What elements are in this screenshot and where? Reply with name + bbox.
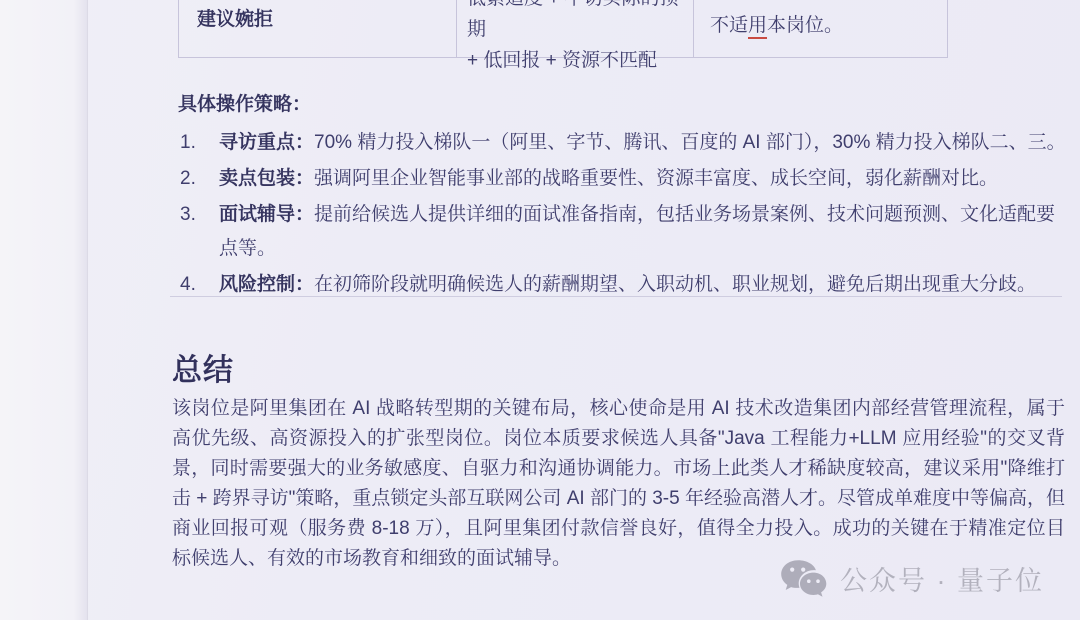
list-item-text: 在初筛阶段就明确候选人的薪酬期望、入职动机、职业规划，避免后期出现重大分歧。 <box>314 274 1036 295</box>
table-cell-conclusion: 不适用本岗位。 <box>694 0 947 57</box>
list-item-text: 提前给候选人提供详细的面试准备指南，包括业务场景案例、技术问题预测、文化适配要点… <box>219 204 1055 259</box>
list-item: 3.面试辅导：提前给候选人提供详细的面试准备指南，包括业务场景案例、技术问题预测… <box>172 198 1067 266</box>
conclusion-text: 不适 <box>710 15 748 36</box>
list-item-label: 面试辅导： <box>219 204 314 225</box>
decision-table: 建议婉拒 低紧迫度 + 不切实际的预期 + 低回报 + 资源不匹配 不适用本岗位… <box>178 0 948 58</box>
strategy-heading: 具体操作策略： <box>178 89 311 116</box>
table-cell-reasons: 低紧迫度 + 不切实际的预期 + 低回报 + 资源不匹配 <box>457 0 694 57</box>
spellcheck-underlined-char: 用 <box>748 15 767 39</box>
watermark-text: 公众号 · 量子位 <box>840 559 1044 598</box>
recommendation-label: 建议婉拒 <box>197 9 273 30</box>
list-item-text: 强调阿里企业智能事业部的战略重要性、资源丰富度、成长空间，弱化薪酬对比。 <box>314 168 998 189</box>
list-item-number: 1. <box>180 126 196 160</box>
list-item-label: 寻访重点： <box>219 132 314 153</box>
list-item-text: 70% 精力投入梯队一（阿里、字节、腾讯、百度的 AI 部门），30% 精力投入… <box>314 132 1066 153</box>
list-item: 2.卖点包装：强调阿里企业智能事业部的战略重要性、资源丰富度、成长空间，弱化薪酬… <box>172 162 1067 196</box>
reason-line-2: + 低回报 + 资源不匹配 <box>467 45 693 76</box>
strategy-list: 1.寻访重点：70% 精力投入梯队一（阿里、字节、腾讯、百度的 AI 部门），3… <box>172 126 1067 304</box>
list-item-number: 2. <box>180 162 196 196</box>
reason-line-1: 低紧迫度 + 不切实际的预期 <box>467 0 693 45</box>
summary-paragraph: 该岗位是阿里集团在 AI 战略转型期的关键布局，核心使命是用 AI 技术改造集团… <box>172 394 1065 574</box>
watermark: 公众号 · 量子位 <box>780 558 1044 598</box>
table-cell-recommendation: 建议婉拒 <box>179 0 457 57</box>
list-item-label: 卖点包装： <box>219 168 314 189</box>
list-item: 1.寻访重点：70% 精力投入梯队一（阿里、字节、腾讯、百度的 AI 部门），3… <box>172 126 1067 160</box>
list-item-label: 风险控制： <box>219 274 314 295</box>
conclusion-text-tail: 本岗位。 <box>767 15 843 36</box>
list-item-number: 3. <box>180 198 196 232</box>
summary-heading: 总结 <box>172 345 234 389</box>
section-divider <box>170 296 1062 297</box>
wechat-icon <box>780 558 828 598</box>
photo-edge-strip <box>0 0 88 620</box>
